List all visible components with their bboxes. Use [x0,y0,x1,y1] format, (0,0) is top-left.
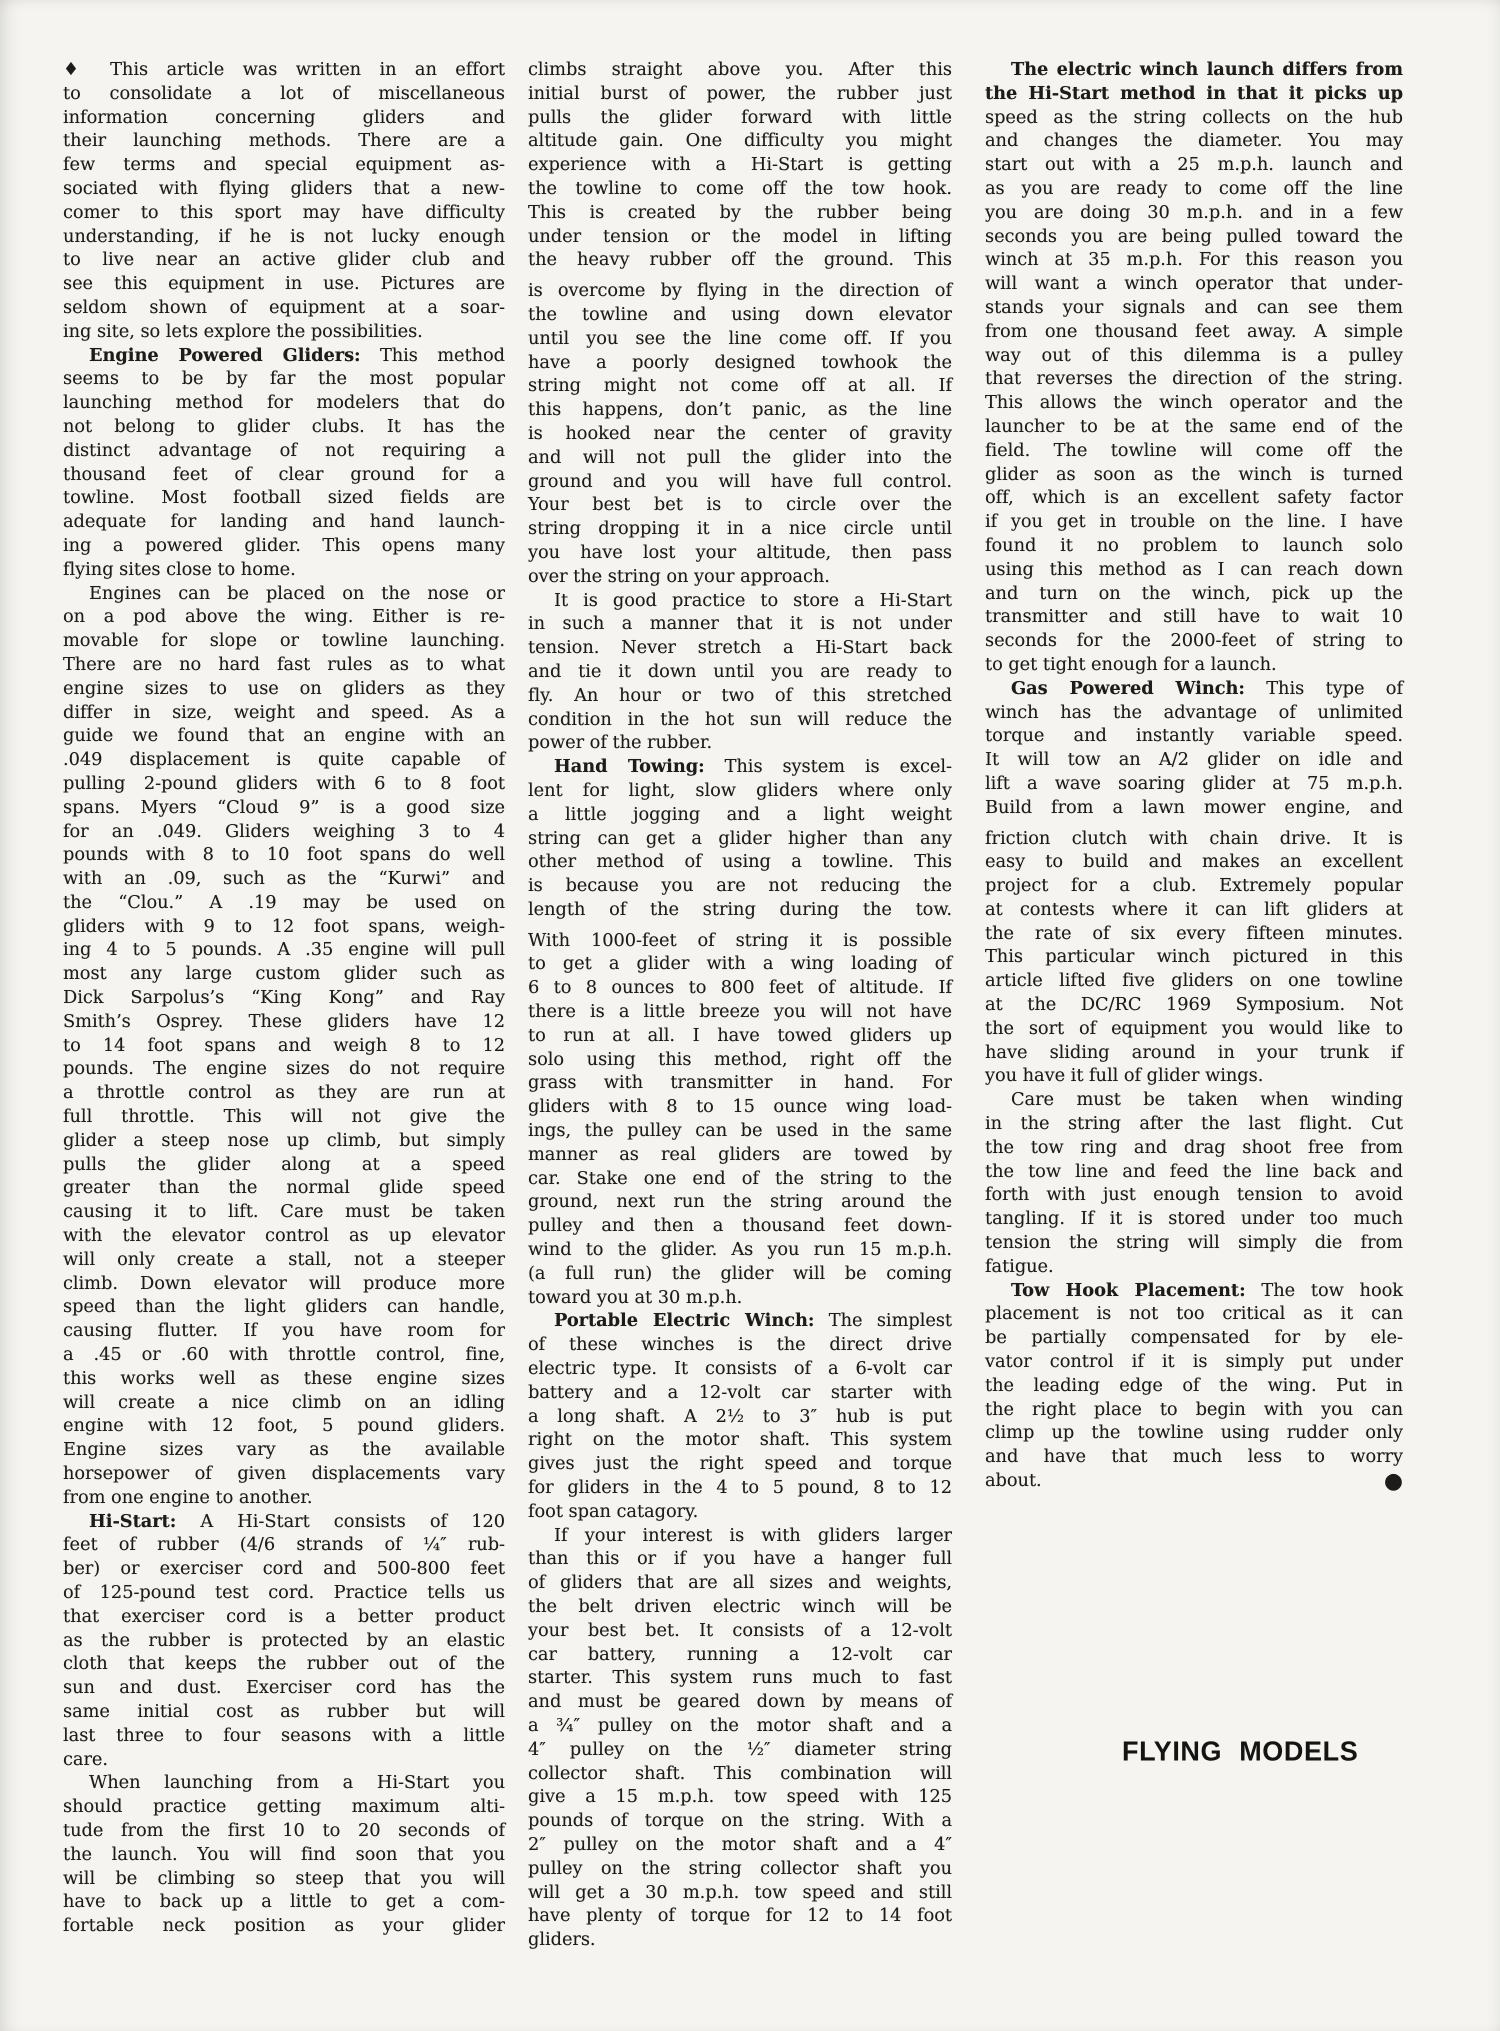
text-line: grass with transmitter in hand. For [528,1071,952,1095]
text-line: a little jogging and a light weight [528,803,952,827]
paragraph: Care must be taken when windingin the st… [985,1088,1403,1278]
text-line: until you see the line come off. If you [528,327,952,351]
text-line: see this equipment in use. Pictures are [63,272,505,296]
text-line: and will not pull the glider into the [528,446,952,470]
text-line: climb. Down elevator will produce more [63,1272,505,1296]
text-line: to consolidate a lot of miscellaneous [63,82,505,106]
text-line: foot span catagory. [528,1500,952,1524]
text-line-content: The simplest [829,1310,952,1331]
text-line-content: This type of [1266,678,1403,699]
text-line: fly. An hour or two of this stretched [528,684,952,708]
text-line: the Hi-Start method in that it picks up [985,82,1403,106]
text-line: the heavy rubber off the ground. This [528,248,952,272]
text-line: should practice getting maximum alti- [63,1795,505,1819]
text-line: give a 15 m.p.h. tow speed with 125 [528,1785,952,1809]
text-line: information concerning gliders and [63,106,505,130]
text-line: project for a club. Extremely popular [985,874,1403,898]
text-line: flying sites close to home. [63,558,505,582]
text-line: causing it to lift. Care must be taken [63,1200,505,1224]
paragraph-diamond-marker: ♦ [63,59,92,80]
text-line: 6 to 8 ounces to 800 feet of altitude. I… [528,976,952,1000]
paragraph: Hand Towing: This system is excel-lent f… [528,755,952,1309]
text-line: ing a powered glider. This opens many [63,534,505,558]
text-line: at contests where it can lift gliders at [985,898,1403,922]
text-line: car battery, running a 12-volt car [528,1643,952,1667]
text-line: and must be geared down by means of [528,1690,952,1714]
text-line: transmitter and still have to wait 10 [985,605,1403,629]
text-line: have sliding around in your trunk if [985,1041,1403,1065]
text-line: torque and instantly variable speed. [985,724,1403,748]
text-line: movable for slope or towline launching. [63,629,505,653]
paragraph: The electric winch launch differs fromth… [985,58,1403,677]
text-line: tension the string will simply die from [985,1231,1403,1255]
text-line: spans. Myers “Cloud 9” is a good size [63,796,505,820]
text-line: will get a 30 m.p.h. tow speed and still [528,1881,952,1905]
text-line: other method of using a towline. This [528,850,952,874]
text-line: forth with just enough tension to avoid [985,1183,1403,1207]
text-line: pounds with 8 to 10 foot spans do well [63,843,505,867]
text-line: string dropping it in a nice circle unti… [528,517,952,541]
text-line: the right place to begin with you can [985,1398,1403,1422]
text-line: to live near an active glider club and [63,248,505,272]
text-line: pulling 2-pound gliders with 6 to 8 foot [63,772,505,796]
paragraph: Tow Hook Placement: The tow hookplacemen… [985,1279,1403,1493]
text-line: to get tight enough for a launch. [985,653,1403,677]
text-line: car. Stake one end of the string to the [528,1167,952,1191]
text-line: Gas Powered Winch: This type of [985,677,1403,701]
paragraph: Gas Powered Winch: This type ofwinch has… [985,677,1403,1089]
text-line: seldom shown of equipment at a soar- [63,296,505,320]
text-line: the rate of six every fifteen minutes. [985,922,1403,946]
text-line: a throttle control as they are run at [63,1081,505,1105]
text-line: winch at 35 m.p.h. For this reason you [985,248,1403,272]
text-line: pulley and then a thousand feet down- [528,1214,952,1238]
text-line: The electric winch launch differs from [985,58,1403,82]
section-lead: Hi-Start: [89,1511,176,1532]
text-line: the tow ring and drag shoot free from [985,1136,1403,1160]
text-line: a ¾″ pulley on the motor shaft and a [528,1714,952,1738]
text-line: string might not come off at all. If [528,374,952,398]
text-line: electric type. It consists of a 6-volt c… [528,1357,952,1381]
section-lead: Engine Powered Gliders: [89,345,361,366]
text-line: will create a nice climb on an idling [63,1391,505,1415]
text-line: gliders. [528,1928,952,1952]
text-line: the towline to come off the tow hook. [528,177,952,201]
text-line: seconds you are being pulled toward the [985,225,1403,249]
text-column-1: ♦ This article was written in an effortt… [63,58,505,1938]
text-line: This allows the winch operator and the [985,391,1403,415]
text-line: found it no problem to launch solo [985,534,1403,558]
text-line: their launching methods. There are a [63,129,505,153]
text-line: article lifted five gliders on one towli… [985,969,1403,993]
text-line: to run at all. I have towed gliders up [528,1024,952,1048]
text-line: experience with a Hi-Start is getting [528,153,952,177]
text-line: This is created by the rubber being [528,201,952,225]
text-line: under tension or the model in lifting [528,225,952,249]
text-line: and have that much less to worry [985,1445,1403,1469]
paragraph: climbs straight above you. After thisini… [528,58,952,589]
text-line: ♦ This article was written in an effort [63,58,505,82]
paragraph: ♦ This article was written in an effortt… [63,58,505,344]
text-line: tangling. If it is stored under too much [985,1207,1403,1231]
text-line: this works well as these engine sizes [63,1367,505,1391]
text-line: There are no hard fast rules as to what [63,653,505,677]
text-line: is because you are not reducing the [528,874,952,898]
text-line: sun and dust. Exerciser cord has the [63,1676,505,1700]
text-line: there is a little breeze you will not ha… [528,1000,952,1024]
text-line: It will tow an A/2 glider on idle and [985,748,1403,772]
section-lead: Gas Powered Winch: [1011,678,1245,699]
text-line: the leading edge of the wing. Put in [985,1374,1403,1398]
text-line: be partially compensated for by ele- [985,1326,1403,1350]
text-line: power of the rubber. [528,731,952,755]
text-line: full throttle. This will not give the [63,1105,505,1129]
text-line: not belong to glider clubs. It has the [63,415,505,439]
text-line: field. The towline will come off the [985,439,1403,463]
text-line: feet of rubber (4/6 strands of ¼″ rub- [63,1533,505,1557]
text-line: understanding, if he is not lucky enough [63,225,505,249]
text-line: from one thousand feet away. A simple [985,320,1403,344]
text-line: launching method for modelers that do [63,391,505,415]
paragraph: Engines can be placed on the nose oron a… [63,582,505,1510]
text-line: 4″ pulley on the ½″ diameter string [528,1738,952,1762]
text-column-2: climbs straight above you. After thisini… [528,58,952,1952]
text-line: ground, next run the string around the [528,1190,952,1214]
text-line: off, which is an excellent safety factor [985,486,1403,510]
text-line: engine sizes to use on gliders as they [63,677,505,701]
text-line-content: The tow hook [1261,1280,1403,1301]
text-line: with an .09, such as the “Kurwi” and [63,867,505,891]
text-line: Engine Powered Gliders: This method [63,344,505,368]
text-line: pounds of torque on the string. With a [528,1809,952,1833]
text-line: and tie it down until you are ready to [528,660,952,684]
text-line: lift a wave soaring glider at 75 m.p.h. [985,772,1403,796]
text-line: will want a winch operator that under- [985,272,1403,296]
text-line: Portable Electric Winch: The simplest [528,1309,952,1333]
end-of-article-mark: ● [1384,1469,1403,1494]
text-line: easy to build and makes an excellent [985,850,1403,874]
text-line: climp up the towline using rudder only [985,1421,1403,1445]
text-line: comer to this sport may have difficulty [63,201,505,225]
text-line: Hi-Start: A Hi-Start consists of 120 [63,1510,505,1534]
text-line: will only create a stall, not a steeper [63,1248,505,1272]
text-line: This particular winch pictured in this [985,945,1403,969]
text-line: Care must be taken when winding [985,1088,1403,1112]
text-line: on a pod above the wing. Either is re- [63,605,505,629]
text-line: will be climbing so steep that you will [63,1867,505,1891]
text-line: as the rubber is protected by an elastic [63,1629,505,1653]
text-line: start out with a 25 m.p.h. launch and [985,153,1403,177]
text-line: Engine sizes vary as the available [63,1438,505,1462]
text-line: glider as soon as the winch is turned [985,463,1403,487]
text-line: pulls the glider along at a speed [63,1153,505,1177]
paragraph: If your interest is with gliders largert… [528,1524,952,1952]
text-line: gives just the right speed and torque [528,1452,952,1476]
text-line: you have lost your altitude, then pass [528,541,952,565]
text-line: ings, the pulley can be used in the same [528,1119,952,1143]
text-line: at the DC/RC 1969 Symposium. Not [985,993,1403,1017]
text-line: to get a glider with a wing loading of [528,952,952,976]
paragraph: Hi-Start: A Hi-Start consists of 120feet… [63,1510,505,1772]
text-line: the towline and using down elevator [528,303,952,327]
text-line: collector shaft. This combination will [528,1762,952,1786]
text-line: launcher to be at the same end of the [985,415,1403,439]
text-line-content: A Hi-Start consists of 120 [200,1511,505,1532]
text-line: that reverses the direction of the strin… [985,367,1403,391]
text-line: condition in the hot sun will reduce the [528,708,952,732]
flying-models-logo: FLYING MODELS [1122,1735,1358,1767]
text-line: speed as the string collects on the hub [985,106,1403,130]
text-line: greater than the normal glide speed [63,1176,505,1200]
text-line: from one engine to another. [63,1486,505,1510]
text-line: Smith’s Osprey. These gliders have 12 [63,1010,505,1034]
text-line: Build from a lawn mower engine, and [985,796,1403,820]
text-line: using this method as I can reach down [985,558,1403,582]
text-line: gliders with 9 to 12 foot spans, weigh- [63,915,505,939]
text-line: fatigue. [985,1255,1403,1279]
text-line: for gliders in the 4 to 5 pound, 8 to 12 [528,1476,952,1500]
text-line: tude from the first 10 to 20 seconds of [63,1819,505,1843]
text-column-3: The electric winch launch differs fromth… [985,58,1403,1493]
text-line: distinct advantage of not requiring a [63,439,505,463]
text-line-content: This method [380,345,505,366]
section-lead: Portable Electric Winch: [554,1310,814,1331]
text-line: Dick Sarpolus’s “King Kong” and Ray [63,986,505,1010]
text-line: lent for light, slow gliders where only [528,779,952,803]
text-line: few terms and special equipment as- [63,153,505,177]
text-line: (a full run) the glider will be coming [528,1262,952,1286]
text-line: string can get a glider higher than any [528,827,952,851]
text-line: the sort of equipment you would like to [985,1017,1403,1041]
section-lead: Hand Towing: [554,756,705,777]
text-line: the belt driven electric winch will be [528,1595,952,1619]
paragraph: It is good practice to store a Hi-Starti… [528,589,952,756]
text-line: initial burst of power, the rubber just [528,82,952,106]
text-line: towline. Most football sized fields are [63,486,505,510]
text-line: speed than the light gliders can handle, [63,1295,505,1319]
text-line: pulls the glider forward with little [528,106,952,130]
text-line: tension. Never stretch a Hi-Start back [528,636,952,660]
text-line: sociated with flying gliders that a new- [63,177,505,201]
text-line: over the string on your approach. [528,565,952,589]
text-line: Tow Hook Placement: The tow hook [985,1279,1403,1303]
text-line: with the elevator control as up elevator [63,1224,505,1248]
text-line: climbs straight above you. After this [528,58,952,82]
text-line: of these winches is the direct drive [528,1333,952,1357]
text-line: glider a steep nose up climb, but simply [63,1129,505,1153]
text-line: toward you at 30 m.p.h. [528,1286,952,1310]
text-line: care. [63,1748,505,1772]
text-line: Your best bet is to circle over the [528,493,952,517]
text-line: is overcome by flying in the direction o… [528,279,952,303]
text-line: have plenty of torque for 12 to 14 foot [528,1904,952,1928]
text-line: than this or if you have a hanger full [528,1547,952,1571]
text-line: When launching from a Hi-Start you [63,1771,505,1795]
text-line: fortable neck position as your glider [63,1914,505,1938]
text-line: guide we found that an engine with an [63,724,505,748]
paragraph: Engine Powered Gliders: This methodseems… [63,344,505,582]
text-line: horsepower of given displacements vary [63,1462,505,1486]
text-line: pounds. The engine sizes do not require [63,1057,505,1081]
text-line: the tow line and feed the line back and [985,1160,1403,1184]
text-line: stands your signals and can see them [985,296,1403,320]
text-line: to 14 foot spans and weigh 8 to 12 [63,1034,505,1058]
text-line: winch has the advantage of unlimited [985,701,1403,725]
text-line: of 125-pound test cord. Practice tells u… [63,1581,505,1605]
text-line: in such a manner that it is not under [528,612,952,636]
text-line: ground and you will have full control. [528,470,952,494]
text-line: Hand Towing: This system is excel- [528,755,952,779]
text-line: engine with 12 foot, 5 pound gliders. [63,1414,505,1438]
text-line: It is good practice to store a Hi-Start [528,589,952,613]
text-line-content: This system is excel- [725,756,952,777]
text-line: is hooked near the center of gravity [528,422,952,446]
text-line: right on the motor shaft. This system [528,1428,952,1452]
text-line: solo using this method, right off the [528,1048,952,1072]
text-line: vator control if it is simply put under [985,1350,1403,1374]
text-line: gliders with 8 to 15 ounce wing load- [528,1095,952,1119]
text-line: same initial cost as rubber but will [63,1700,505,1724]
text-line: your best bet. It consists of a 12-volt [528,1619,952,1643]
text-line: With 1000-feet of string it is possible [528,929,952,953]
text-line: manner as real gliders are towed by [528,1143,952,1167]
text-line: adequate for landing and hand launch- [63,510,505,534]
text-line: wind to the glider. As you run 15 m.p.h. [528,1238,952,1262]
paragraph: Portable Electric Winch: The simplestof … [528,1309,952,1523]
text-line: thousand feet of clear ground for a [63,463,505,487]
text-line: battery and a 12-volt car starter with [528,1381,952,1405]
text-line: If your interest is with gliders larger [528,1524,952,1548]
text-line: ing site, so lets explore the possibilit… [63,320,505,344]
text-line: seems to be by far the most popular [63,367,505,391]
text-line: ber) or exerciser cord and 500-800 feet [63,1557,505,1581]
text-line: differ in size, weight and speed. As a [63,701,505,725]
text-line: .049 displacement is quite capable of [63,748,505,772]
text-line: pulley on the string collector shaft you [528,1857,952,1881]
text-line: friction clutch with chain drive. It is [985,827,1403,851]
text-line: in the string after the last flight. Cut [985,1112,1403,1136]
text-line: last three to four seasons with a little [63,1724,505,1748]
text-line: about. ● [985,1469,1403,1493]
text-line: 2″ pulley on the motor shaft and a 4″ [528,1833,952,1857]
text-line: way out of this dilemma is a pulley [985,344,1403,368]
text-line: and changes the diameter. You may [985,129,1403,153]
text-line: you have it full of glider wings. [985,1064,1403,1088]
text-line: this happens, don’t panic, as the line [528,398,952,422]
text-line: have a poorly designed towhook the [528,351,952,375]
text-line: have to back up a little to get a com- [63,1890,505,1914]
text-line: you are doing 30 m.p.h. and in a few [985,201,1403,225]
magazine-page: ♦ This article was written in an effortt… [0,0,1500,2031]
text-line: length of the string during the tow. [528,898,952,922]
text-line: altitude gain. One difficulty you might [528,129,952,153]
text-line: ing 4 to 5 pounds. A .35 engine will pul… [63,938,505,962]
text-line: Engines can be placed on the nose or [63,582,505,606]
text-line: of gliders that are all sizes and weight… [528,1571,952,1595]
text-line: causing flutter. If you have room for [63,1319,505,1343]
text-line: if you get in trouble on the line. I hav… [985,510,1403,534]
text-line: most any large custom glider such as [63,962,505,986]
text-line: and turn on the winch, pick up the [985,582,1403,606]
text-line: that exerciser cord is a better product [63,1605,505,1629]
text-line: the launch. You will find soon that you [63,1843,505,1867]
text-line: placement is not too critical as it can [985,1302,1403,1326]
text-line: a .45 or .60 with throttle control, fine… [63,1343,505,1367]
text-line-content: about. [985,1470,1042,1491]
text-line: for an .049. Gliders weighing 3 to 4 [63,820,505,844]
text-line: a long shaft. A 2½ to 3″ hub is put [528,1405,952,1429]
text-line: the “Clou.” A .19 may be used on [63,891,505,915]
text-line-content: This article was written in an effort [110,59,505,80]
text-line: cloth that keeps the rubber out of the [63,1652,505,1676]
text-line: starter. This system runs much to fast [528,1666,952,1690]
text-line: as you are ready to come off the line [985,177,1403,201]
paragraph: When launching from a Hi-Start youshould… [63,1771,505,1938]
section-lead: Tow Hook Placement: [1011,1280,1246,1301]
text-line: seconds for the 2000-feet of string to [985,629,1403,653]
